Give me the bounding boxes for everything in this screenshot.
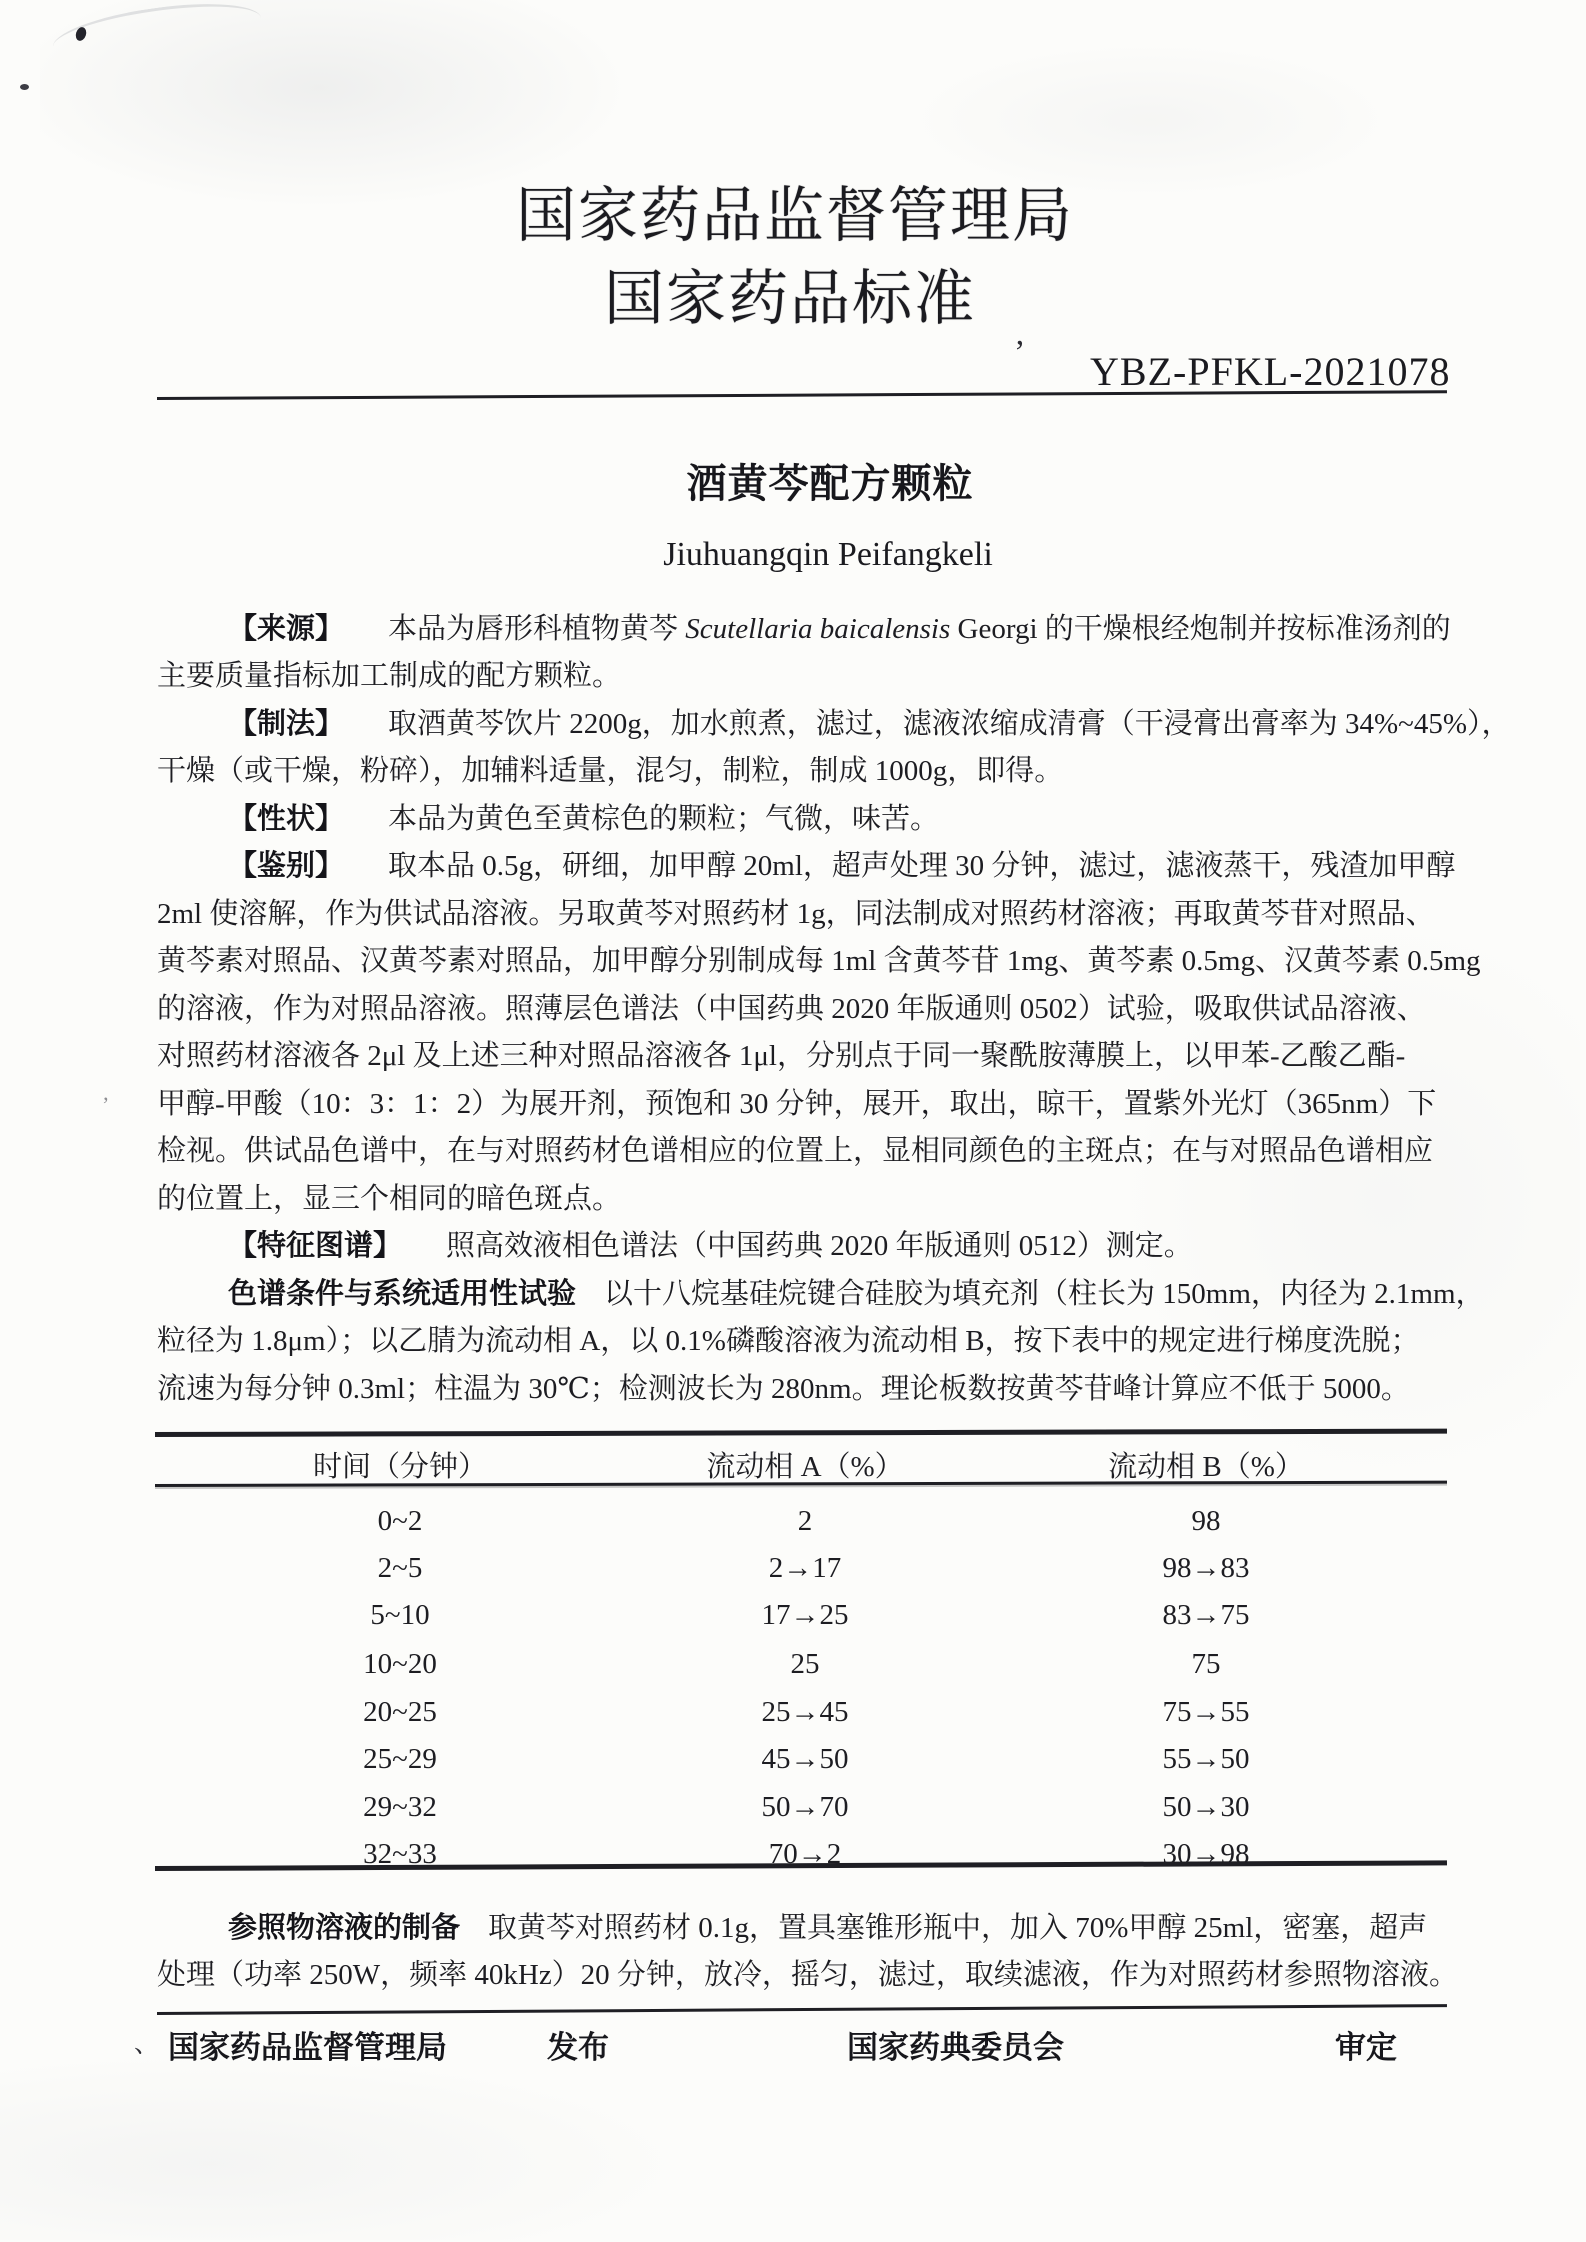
table-header-time: 时间（分钟） [155, 1444, 645, 1485]
scan-smudge [0, 2050, 700, 2240]
footer-issue-label: 发布 [547, 2022, 609, 2067]
footer-issuer: 国家药品监督管理局 [168, 2022, 447, 2067]
body-line-identification-4: 的溶液，作为对照品溶液。照薄层色谱法（中国药典 2020 年版通则 0502）试… [157, 991, 1426, 1027]
table-top-border [155, 1429, 1447, 1437]
subsection-label-chromatography: 色谱条件与系统适用性试验 [228, 1278, 576, 1310]
scan-ink-dot [20, 84, 29, 90]
body-line-reference-1: 参照物溶液的制备取黄芩对照药材 0.1g，置具塞锥形瓶中，加入 70%甲醇 25… [228, 1910, 1427, 1946]
footer-divider-line [157, 2004, 1447, 2015]
body-line-source-2: 主要质量指标加工制成的配方颗粒。 [157, 658, 621, 694]
document-number: YBZ-PFKL-2021078 [1090, 348, 1450, 395]
table-row: 29~32 50→70 50→30 [155, 1791, 1447, 1824]
header-divider-line [157, 390, 1447, 400]
scan-apostrophe-artifact: ’ [1014, 334, 1025, 372]
body-text: 本品为黄色至黄棕色的颗粒；气微，味苦。 [388, 803, 939, 835]
table-row: 20~25 25→45 75→55 [155, 1696, 1447, 1729]
cell-phase-b: 75 [965, 1648, 1447, 1681]
body-line-reference-2: 处理（功率 250W，频率 40kHz）20 分钟，放冷，摇匀，滤过，取续滤液，… [157, 1957, 1458, 1993]
species-latin-name: Scutellaria baicalensis [685, 613, 950, 645]
table-row: 5~10 17→25 83→75 [155, 1599, 1447, 1632]
body-line-identification-5: 对照药材溶液各 2μl 及上述三种对照品溶液各 1μl，分别点于同一聚酰胺薄膜上… [157, 1038, 1405, 1074]
body-text: 粒径为 1.8μm）；以乙腈为流动相 A，以 0.1%磷酸溶液为流动相 B，按下… [157, 1325, 1420, 1357]
product-name-pinyin: Jiuhuangqin Peifangkeli [663, 536, 993, 574]
body-text: 的溶液，作为对照品溶液。照薄层色谱法（中国药典 2020 年版通则 0502）试… [157, 993, 1426, 1025]
body-line-characteristic-spectrum: 【特征图谱】照高效液相色谱法（中国药典 2020 年版通则 0512）测定。 [228, 1228, 1193, 1264]
footer-reviewer: 国家药典委员会 [847, 2022, 1064, 2067]
body-text: 流速为每分钟 0.3ml；柱温为 30℃；检测波长为 280nm。理论板数按黄芩… [157, 1373, 1410, 1405]
body-text: 取酒黄芩饮片 2200g，加水煎煮，滤过，滤液浓缩成清膏（干浸膏出膏率为 34%… [388, 708, 1511, 740]
footer-review-label: 审定 [1335, 2022, 1397, 2067]
cell-phase-b: 50→30 [965, 1791, 1447, 1824]
cell-phase-a: 17→25 [645, 1599, 965, 1632]
body-text: 干燥（或干燥，粉碎），加辅料适量，混匀，制粒，制成 1000g，即得。 [157, 755, 1063, 787]
cell-phase-a: 2→17 [645, 1552, 965, 1585]
authority-title-line2: 国家药品标准 [604, 251, 976, 337]
cell-phase-a: 25 [645, 1648, 965, 1681]
table-row: 25~29 45→50 55→50 [155, 1743, 1447, 1776]
cell-phase-a: 50→70 [645, 1791, 965, 1824]
body-text: 照高效液相色谱法（中国药典 2020 年版通则 0512）测定。 [446, 1230, 1193, 1262]
cell-time: 0~2 [155, 1505, 645, 1538]
body-line-source-1: 【来源】本品为唇形科植物黄芩 Scutellaria baicalensis G… [228, 611, 1451, 647]
body-text: 处理（功率 250W，频率 40kHz）20 分钟，放冷，摇匀，滤过，取续滤液，… [157, 1959, 1458, 1991]
body-text: 甲醇-甲酸（10：3：1：2）为展开剂，预饱和 30 分钟，展开，取出，晾干，置… [157, 1088, 1436, 1120]
section-label-method: 【制法】 [228, 708, 344, 740]
table-row: 0~2 2 98 [155, 1505, 1447, 1538]
body-line-description: 【性状】本品为黄色至黄棕色的颗粒；气微，味苦。 [228, 801, 939, 837]
body-text: 2ml 使溶解，作为供试品溶液。另取黄芩对照药材 1g，同法制成对照药材溶液；再… [157, 898, 1435, 930]
cell-phase-b: 55→50 [965, 1743, 1447, 1776]
body-line-identification-1: 【鉴别】取本品 0.5g，研细，加甲醇 20ml，超声处理 30 分钟，滤过，滤… [228, 848, 1455, 884]
cell-time: 10~20 [155, 1648, 645, 1681]
body-text: 主要质量指标加工制成的配方颗粒。 [157, 660, 621, 692]
body-line-identification-7: 检视。供试品色谱中，在与对照药材色谱相应的位置上，显相同颜色的主斑点；在与对照品… [157, 1133, 1433, 1169]
section-label-source: 【来源】 [228, 613, 344, 645]
cell-time: 20~25 [155, 1696, 645, 1729]
product-name-chinese: 酒黄芩配方颗粒 [687, 452, 974, 509]
cell-time: 2~5 [155, 1552, 645, 1585]
body-text: 对照药材溶液各 2μl 及上述三种对照品溶液各 1μl，分别点于同一聚酰胺薄膜上… [157, 1040, 1405, 1072]
table-row: 10~20 25 75 [155, 1648, 1447, 1681]
scan-comma-artifact: 、 [134, 2024, 159, 2060]
scan-faint-mark: ’ [102, 1092, 109, 1118]
body-line-method-2: 干燥（或干燥，粉碎），加辅料适量，混匀，制粒，制成 1000g，即得。 [157, 753, 1063, 789]
body-text: 取本品 0.5g，研细，加甲醇 20ml，超声处理 30 分钟，滤过，滤液蒸干，… [388, 850, 1455, 882]
table-header-row: 时间（分钟） 流动相 A（%） 流动相 B（%） [155, 1444, 1447, 1485]
scan-smudge [1100, 900, 1580, 1500]
body-text: 检视。供试品色谱中，在与对照药材色谱相应的位置上，显相同颜色的主斑点；在与对照品… [157, 1135, 1433, 1167]
cell-phase-b: 98 [965, 1505, 1447, 1538]
body-text: 本品为唇形科植物黄芩 [388, 613, 685, 645]
cell-time: 29~32 [155, 1791, 645, 1824]
body-line-identification-2: 2ml 使溶解，作为供试品溶液。另取黄芩对照药材 1g，同法制成对照药材溶液；再… [157, 896, 1435, 932]
table-header-mobile-phase-b: 流动相 B（%） [965, 1444, 1447, 1485]
body-line-chromatography-2: 粒径为 1.8μm）；以乙腈为流动相 A，以 0.1%磷酸溶液为流动相 B，按下… [157, 1323, 1420, 1359]
body-line-chromatography-1: 色谱条件与系统适用性试验以十八烷基硅烷键合硅胶为填充剂（柱长为 150mm，内径… [228, 1276, 1485, 1312]
body-text: 取黄芩对照药材 0.1g，置具塞锥形瓶中，加入 70%甲醇 25ml，密塞，超声 [488, 1912, 1427, 1944]
cell-phase-b: 75→55 [965, 1696, 1447, 1729]
body-line-method-1: 【制法】取酒黄芩饮片 2200g，加水煎煮，滤过，滤液浓缩成清膏（干浸膏出膏率为… [228, 706, 1511, 742]
cell-phase-a: 2 [645, 1505, 965, 1538]
section-label-identification: 【鉴别】 [228, 850, 344, 882]
body-text: 以十八烷基硅烷键合硅胶为填充剂（柱长为 150mm，内径为 2.1mm， [604, 1278, 1484, 1310]
body-line-identification-8: 的位置上，显三个相同的暗色斑点。 [157, 1181, 621, 1217]
authority-title-line1: 国家药品监督管理局 [516, 168, 1074, 254]
table-header-mobile-phase-a: 流动相 A（%） [645, 1444, 965, 1485]
cell-phase-a: 45→50 [645, 1743, 965, 1776]
subsection-label-reference-solution: 参照物溶液的制备 [228, 1912, 460, 1944]
body-text: 的位置上，显三个相同的暗色斑点。 [157, 1183, 621, 1215]
scanned-document-page: ’ ’ 、 国家药品监督管理局 国家药品标准 YBZ-PFKL-2021078 … [0, 0, 1586, 2242]
body-line-identification-3: 黄芩素对照品、汉黄芩素对照品，加甲醇分别制成每 1ml 含黄芩苷 1mg、黄芩素… [157, 943, 1481, 979]
section-label-description: 【性状】 [228, 803, 344, 835]
body-line-chromatography-3: 流速为每分钟 0.3ml；柱温为 30℃；检测波长为 280nm。理论板数按黄芩… [157, 1371, 1410, 1407]
cell-time: 5~10 [155, 1599, 645, 1632]
table-row: 2~5 2→17 98→83 [155, 1552, 1447, 1585]
cell-time: 25~29 [155, 1743, 645, 1776]
cell-phase-a: 25→45 [645, 1696, 965, 1729]
body-text: Georgi 的干燥根经炮制并按标准汤剂的 [950, 613, 1451, 645]
body-text: 黄芩素对照品、汉黄芩素对照品，加甲醇分别制成每 1ml 含黄芩苷 1mg、黄芩素… [157, 945, 1481, 977]
body-line-identification-6: 甲醇-甲酸（10：3：1：2）为展开剂，预饱和 30 分钟，展开，取出，晾干，置… [157, 1086, 1436, 1122]
section-label-characteristic-spectrum: 【特征图谱】 [228, 1230, 402, 1262]
cell-phase-b: 98→83 [965, 1552, 1447, 1585]
cell-phase-b: 83→75 [965, 1599, 1447, 1632]
